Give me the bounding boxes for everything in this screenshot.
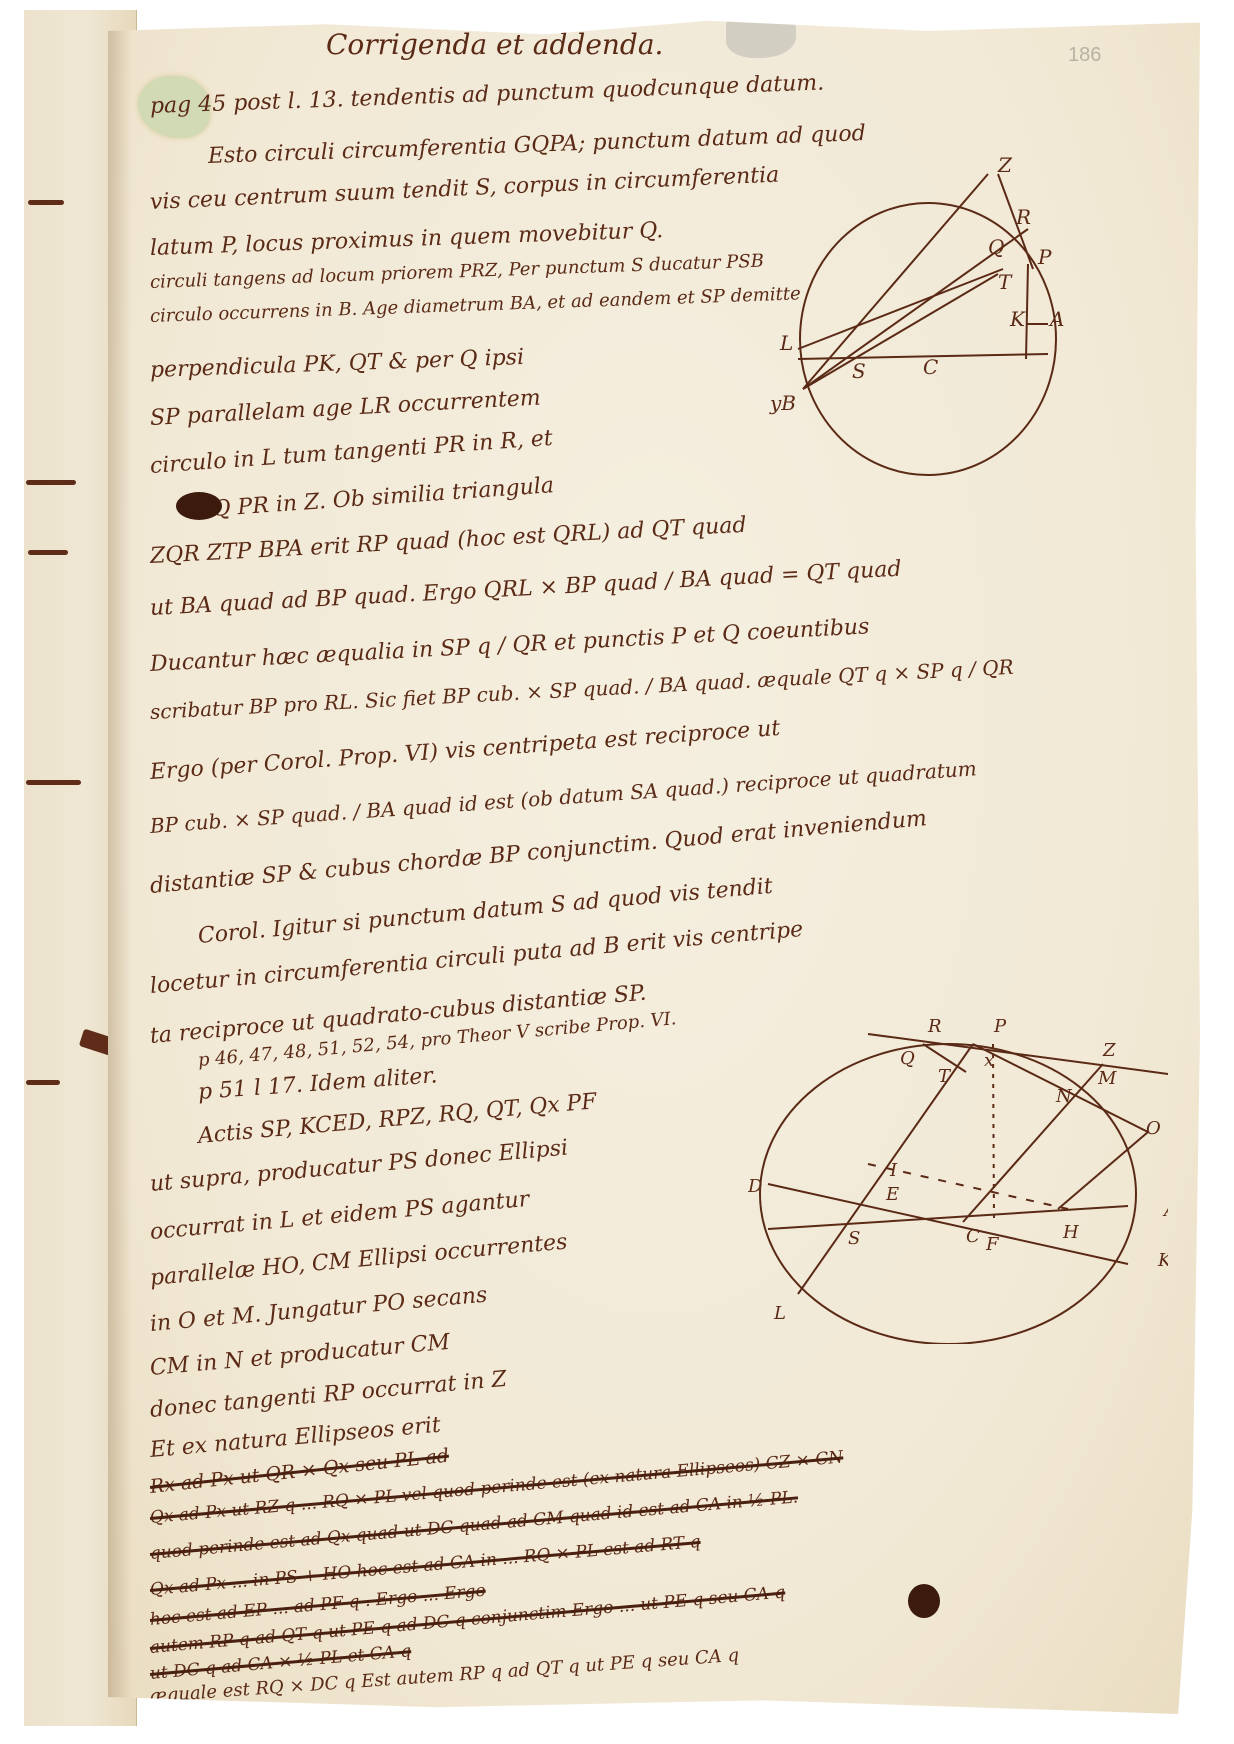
manuscript-page: 186 Corrigenda et addenda. pag 45 post l… (108, 14, 1200, 1714)
text-line: vis ceu centrum suum tendit S, corpus in… (149, 163, 779, 215)
ink-fragment (28, 200, 64, 205)
svg-text:D: D (748, 1176, 763, 1197)
svg-text:Q: Q (900, 1048, 915, 1069)
svg-text:P: P (1037, 245, 1052, 269)
svg-text:K: K (1009, 307, 1026, 331)
svg-text:O: O (1146, 1118, 1161, 1139)
svg-text:Q: Q (988, 235, 1004, 259)
svg-text:C: C (923, 355, 938, 379)
svg-text:K: K (1157, 1250, 1168, 1271)
svg-text:T: T (998, 270, 1013, 294)
text-line: TQ PR in Z. Ob similia triangula (197, 473, 555, 523)
svg-text:S: S (848, 1228, 860, 1249)
text-line: in O et M. Jungatur PO secans (149, 1283, 488, 1337)
svg-text:L: L (773, 1303, 786, 1324)
text-line: CM in N et producatur CM (149, 1330, 451, 1381)
svg-text:M: M (1097, 1068, 1117, 1089)
svg-text:L: L (779, 331, 793, 355)
text-line: latum P, locus proximus in quem movebitu… (150, 218, 664, 261)
text-line: circulo in L tum tangenti PR in R, et (149, 426, 553, 479)
grey-stain (726, 16, 796, 58)
ink-fragment (28, 550, 68, 555)
svg-text:C: C (966, 1226, 980, 1247)
circle-diagram: ZR QP TK AL SC yB (758, 154, 1108, 488)
text-line: perpendicula PK, QT & per Q ipsi (150, 345, 525, 383)
text-line: ut BA quad ad BP quad. Ergo QRL × BP qua… (149, 557, 902, 621)
ink-fragment (26, 480, 76, 485)
text-line: p 51 l 17. Idem aliter. (197, 1063, 438, 1105)
svg-text:R: R (1015, 205, 1031, 229)
ink-blot (908, 1584, 940, 1618)
svg-text:x: x (984, 1050, 994, 1071)
text-line: pag 45 post l. 13. tendentis ad punctum … (150, 70, 825, 119)
svg-text:A: A (1162, 1200, 1168, 1221)
svg-text:N: N (1055, 1086, 1073, 1107)
svg-text:P: P (993, 1016, 1007, 1037)
svg-text:I: I (889, 1160, 898, 1181)
page-heading: Corrigenda et addenda. (326, 28, 663, 61)
ellipse-diagram: RP Qx TZ MN OI ED SC FH AK L (748, 1004, 1168, 1348)
folio-number: 186 (1068, 44, 1101, 67)
spine-shadow (108, 14, 132, 1714)
svg-text:F: F (985, 1234, 1000, 1255)
svg-text:Z: Z (997, 154, 1013, 177)
ink-blot (176, 492, 222, 520)
text-line: circulo occurrens in B. Age diametrum BA… (150, 283, 801, 327)
ink-fragment (26, 1080, 60, 1085)
svg-text:H: H (1062, 1222, 1079, 1243)
svg-text:A: A (1048, 307, 1064, 331)
svg-text:yB: yB (769, 391, 796, 415)
text-line: occurrat in L et eidem PS agantur (149, 1187, 530, 1245)
svg-text:R: R (927, 1016, 942, 1037)
svg-text:T: T (938, 1066, 952, 1087)
ink-fragment (26, 780, 81, 785)
text-line: SP parallelam age LR occurrentem (149, 386, 541, 431)
text-line: ZQR ZTP BPA erit RP quad (hoc est QRL) a… (149, 513, 747, 569)
svg-text:Z: Z (1102, 1040, 1116, 1061)
text-line: Ergo (per Corol. Prop. VI) vis centripet… (149, 716, 781, 785)
svg-text:S: S (852, 359, 866, 383)
svg-text:E: E (885, 1184, 899, 1205)
